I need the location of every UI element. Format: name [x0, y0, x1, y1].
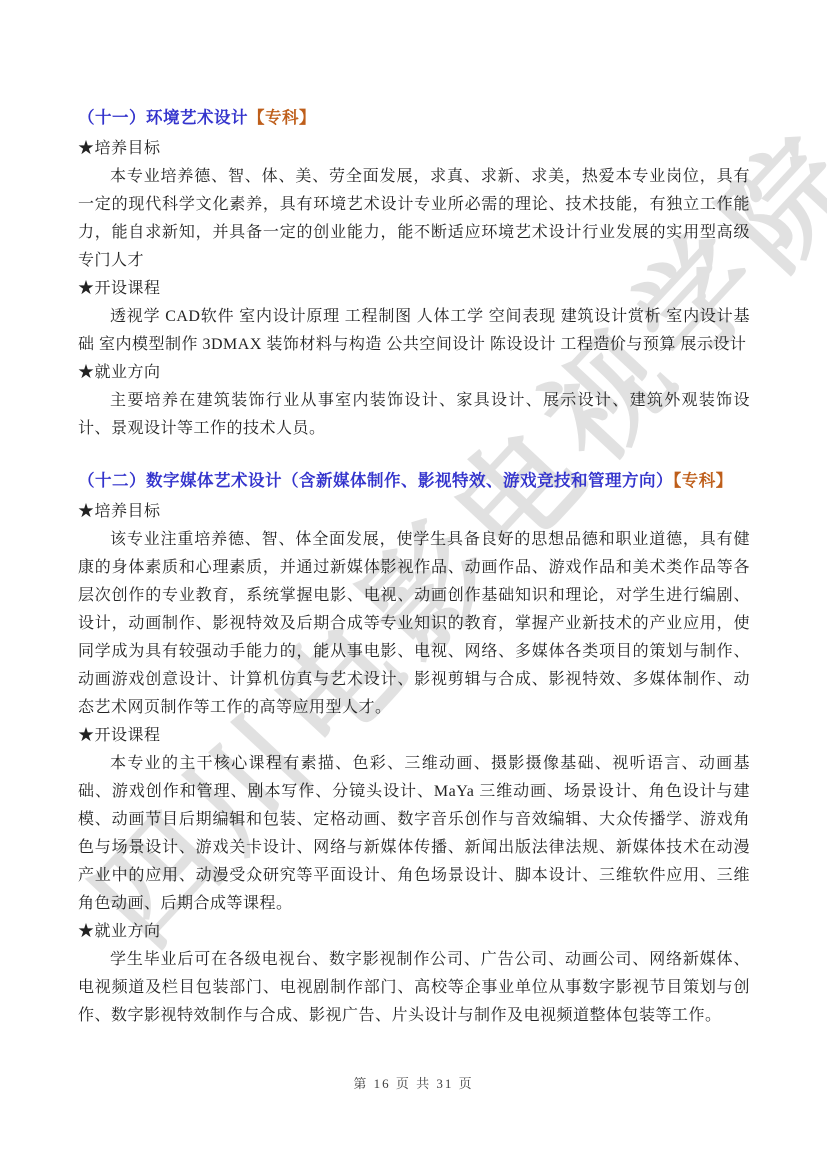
section-12-courses-label: ★开设课程	[78, 722, 750, 750]
section-12-title: （十二）数字媒体艺术设计（含新媒体制作、影视特效、游戏竞技和管理方向）	[78, 471, 673, 490]
section-11-courses-label: ★开设课程	[78, 275, 750, 303]
section-12-heading: （十二）数字媒体艺术设计（含新媒体制作、影视特效、游戏竞技和管理方向）【专科】	[78, 467, 750, 495]
section-11-objectives-label: ★培养目标	[78, 135, 750, 163]
section-11-degree-badge: 【专科】	[248, 108, 316, 127]
section-11-employment-label: ★就业方向	[78, 359, 750, 387]
section-12-objectives-paragraph: 该专业注重培养德、智、体全面发展，使学生具备良好的思想品德和职业道德，具有健康的…	[78, 526, 750, 722]
section-12-employment-label: ★就业方向	[78, 918, 750, 946]
page-number-footer: 第 16 页 共 31 页	[0, 1076, 827, 1092]
section-12-employment-paragraph: 学生毕业后可在各级电视台、数字影视制作公司、广告公司、动画公司、网络新媒体、电视…	[78, 946, 750, 1030]
document-page: 四川电影电视学院 （十一）环境艺术设计【专科】 ★培养目标 本专业培养德、智、体…	[0, 0, 827, 1169]
section-11-heading: （十一）环境艺术设计【专科】	[78, 104, 750, 132]
section-11-employment-paragraph: 主要培养在建筑装饰行业从事室内装饰设计、家具设计、展示设计、建筑外观装饰设计、景…	[78, 387, 750, 443]
section-12-courses-paragraph: 本专业的主干核心课程有素描、色彩、三维动画、摄影摄像基础、视听语言、动画基础、游…	[78, 750, 750, 918]
section-12-objectives-label: ★培养目标	[78, 498, 750, 526]
section-11-title: （十一）环境艺术设计	[78, 108, 248, 127]
section-11-objectives-paragraph: 本专业培养德、智、体、美、劳全面发展，求真、求新、求美，热爱本专业岗位，具有一定…	[78, 163, 750, 275]
section-12-degree-badge: 【专科】	[673, 471, 733, 490]
section-11-courses-paragraph: 透视学 CAD软件 室内设计原理 工程制图 人体工学 空间表现 建筑设计赏析 室…	[78, 303, 750, 359]
document-body: （十一）环境艺术设计【专科】 ★培养目标 本专业培养德、智、体、美、劳全面发展，…	[78, 104, 750, 1030]
